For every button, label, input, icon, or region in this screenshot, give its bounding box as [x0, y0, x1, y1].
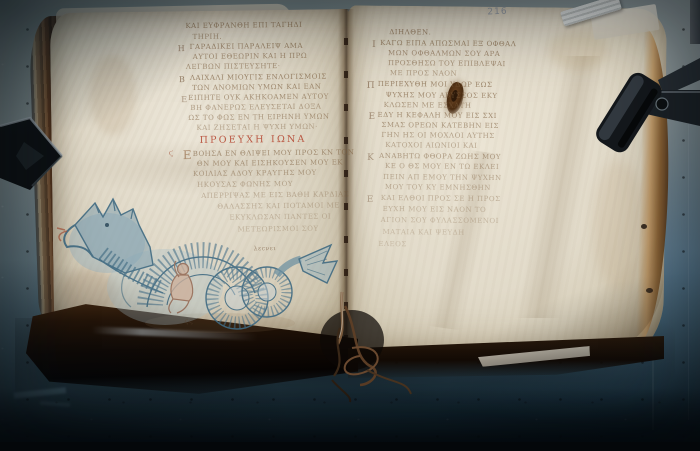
- frame-corner-strip: [690, 0, 700, 44]
- parchment-stain: [90, 55, 136, 135]
- parchment-stain: [592, 160, 646, 290]
- manuscript-photo-scene: ΚΑΙ ΕΥΦΡΑΝΘΗ ΕΠΙ ΤΑΓΗΔΙΤΗΡΙΗ.ΓΑΡΑΔΙΚΕΙ Π…: [0, 0, 700, 451]
- right-metal-clamp: [588, 50, 700, 162]
- worm-hole: [646, 288, 653, 293]
- sea-monster-illustration: [55, 195, 340, 340]
- worm-hole: [641, 224, 647, 229]
- frame-bottom-edge: [0, 442, 700, 451]
- table-scratch: [688, 120, 689, 420]
- left-metal-clamp: [0, 112, 72, 200]
- left-page-crease: [62, 140, 334, 196]
